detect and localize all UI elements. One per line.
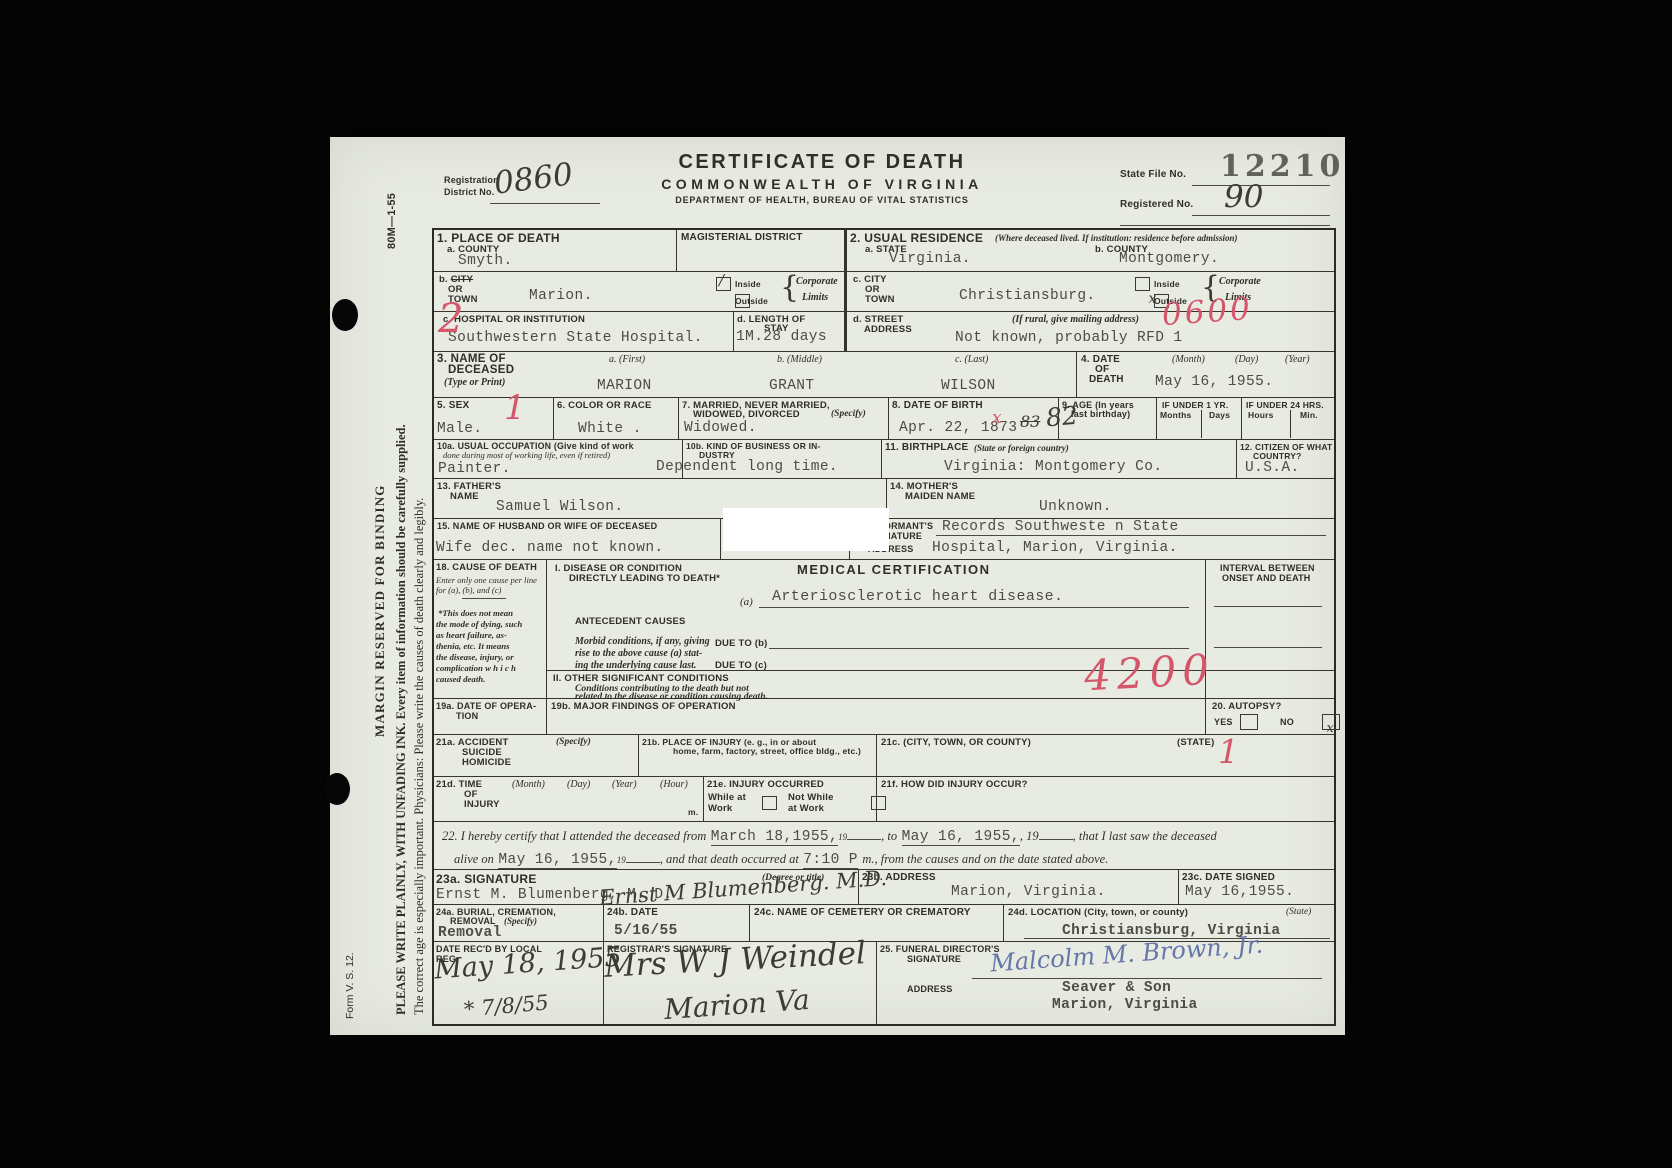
field-how-injury: 21f. HOW DID INJURY OCCUR?	[877, 777, 1334, 821]
injury-city-label: 21c. (CITY, TOWN, OR COUNTY)	[881, 737, 1031, 748]
registered-underline	[1192, 215, 1330, 216]
injury-occurred-label: 21e. INJURY OCCURRED	[707, 779, 824, 790]
commonwealth-subtitle: COMMONWEALTH OF VIRGINIA	[612, 176, 1032, 192]
marital-label-2: WIDOWED, DIVORCED	[693, 409, 800, 420]
age-label-2: last birthday)	[1071, 409, 1130, 419]
autopsy-yes-label: YES	[1214, 717, 1233, 727]
burial-specify: (Specify)	[504, 916, 537, 926]
certificate-page: 80M—1-55 MARGIN RESERVED FOR BINDING PLE…	[330, 137, 1345, 1035]
certify-seg-2: , to	[881, 829, 897, 843]
certify-seg-4: , that I last saw the deceased	[1073, 829, 1217, 843]
row-certify-statement: 22. I hereby certify that I attended the…	[434, 822, 1334, 870]
field-under-24hrs: IF UNDER 24 HRS. Hours Min.	[1242, 398, 1334, 439]
physician-address-value: Marion, Virginia.	[951, 884, 1106, 900]
physician-sig-label: 23a. SIGNATURE	[436, 872, 537, 886]
mother-value: Unknown.	[1039, 499, 1112, 515]
at-work-label: at Work	[788, 803, 824, 814]
how-injury-label: 21f. HOW DID INJURY OCCUR?	[881, 779, 1028, 790]
red-mark-street: 0600	[1161, 291, 1254, 333]
street-note: (If rural, give mailing address)	[1012, 314, 1139, 325]
occupation-label-2: done during most of working life, even i…	[443, 450, 610, 460]
cause-note-2f: complication w h i c h	[436, 663, 516, 673]
sex-value: Male.	[437, 421, 483, 437]
citizen-value: U.S.A.	[1245, 460, 1300, 476]
certify-from-date: March 18,1955,	[711, 829, 838, 846]
autopsy-label: 20. AUTOPSY?	[1212, 701, 1281, 712]
under1yr-days: Days	[1209, 410, 1230, 420]
name-title-2: DECEASED	[448, 364, 514, 376]
red-mark-sex: 1	[504, 388, 526, 428]
certify-time-value: 7:10 P	[803, 852, 858, 869]
row-name-date: 3. NAME OF DECEASED (Type or Print) a. (…	[434, 352, 1334, 398]
cause-note-2d: thenia, etc. It means	[436, 641, 510, 651]
row-time-of-injury: 21d. TIME OF INJURY (Month) (Day) (Year)…	[434, 777, 1334, 822]
injury-state-label: (STATE)	[1177, 737, 1214, 748]
work-label: Work	[708, 803, 732, 814]
name-title-3: (Type or Print)	[444, 377, 505, 388]
state-file-label: State File No.	[1120, 169, 1186, 180]
last-name-value: WILSON	[941, 378, 996, 394]
date-signed-label: 23c. DATE SIGNED	[1182, 872, 1275, 883]
certify-blank-b	[1039, 829, 1073, 840]
burial-value: Removal	[438, 925, 502, 941]
under1yr-label: IF UNDER 1 YR.	[1162, 400, 1228, 410]
occupation-value: Painter.	[438, 461, 511, 477]
field-burial-date: 24b. DATE 5/16/55	[604, 905, 750, 941]
sex-label: 5. SEX	[437, 400, 469, 411]
birthplace-label: 11. BIRTHPLACE	[885, 442, 968, 453]
cause-note-1a: Enter only one cause per line	[436, 575, 537, 585]
field-informant: 17. INFORMANT'S SIGNATURE Records Southw…	[850, 519, 1334, 559]
cause-note-2a: *This does not mean	[438, 608, 513, 618]
father-value: Samuel Wilson.	[496, 499, 623, 515]
title-block: CERTIFICATE OF DEATH COMMONWEALTH OF VIR…	[612, 151, 1032, 205]
field-sex: 5. SEX Male.	[434, 398, 554, 439]
accident-specify: (Specify)	[556, 737, 591, 747]
registered-number: 90	[1224, 179, 1263, 215]
cemetery-label: 24c. NAME OF CEMETERY OR CREMATORY	[754, 907, 971, 918]
cause-note-2g: caused death.	[436, 674, 485, 684]
dod-label-3: DEATH	[1089, 374, 1124, 385]
field-place-of-death: 1. PLACE OF DEATH a. COUNTY Smyth.	[434, 230, 677, 271]
industry-value: Dependent long time.	[656, 459, 838, 475]
red-mark-injury: 1	[1218, 732, 1239, 771]
field-residence-city: c. CITY OR TOWN Christiansburg. Inside x…	[847, 272, 1334, 311]
residence-inside-checkbox	[1135, 277, 1150, 291]
field-date-signed: 23c. DATE SIGNED May 16,1955.	[1179, 870, 1334, 904]
residence-town-label: TOWN	[865, 294, 895, 305]
field-place-of-injury: 21b. PLACE OF INJURY (e. g., in or about…	[639, 735, 877, 776]
field-death-city: b. CITY OR TOWN Marion. / Inside Outside…	[434, 272, 847, 311]
due-to-b-label: DUE TO (b)	[715, 638, 768, 649]
injury-month-label: (Month)	[512, 779, 545, 790]
interval-line-a	[1214, 606, 1322, 607]
field-spouse: 15. NAME OF HUSBAND OR WIFE OF DECEASED …	[434, 519, 721, 559]
cause-note-1b: for (a), (b), and (c)	[436, 585, 501, 595]
interval-divider	[1206, 670, 1334, 671]
cause-note-2c: as heart failure, as-	[436, 630, 507, 640]
field-injury-city: 21c. (CITY, TOWN, OR COUNTY) (STATE)	[877, 735, 1334, 776]
morbid-line-1: Morbid conditions, if any, giving	[575, 636, 710, 647]
injury-year-label: (Year)	[612, 779, 637, 790]
field-burial-location: 24d. LOCATION (City, town, or county) (S…	[1004, 905, 1334, 941]
cause-note-2b: the mode of dying, such	[436, 619, 522, 629]
death-city-value: Marion.	[529, 288, 593, 304]
dod-year-label: (Year)	[1285, 354, 1310, 365]
medical-certification-title: MEDICAL CERTIFICATION	[797, 562, 991, 577]
first-name-value: MARION	[597, 378, 652, 394]
spouse-value: Wife dec. name not known.	[436, 540, 664, 556]
residence-city-value: Christiansburg.	[959, 288, 1096, 304]
field-interval: INTERVAL BETWEEN ONSET AND DEATH	[1206, 560, 1334, 698]
inside-checkbox-checked: /	[716, 277, 731, 291]
stay-value: 1M.28 days	[736, 329, 827, 345]
field-marital-status: 7. MARRIED, NEVER MARRIED, WIDOWED, DIVO…	[679, 398, 889, 439]
margin-instruction-line1: PLEASE WRITE PLAINLY, WITH UNFADING INK.…	[394, 424, 409, 1015]
field-name-label: 3. NAME OF DECEASED (Type or Print)	[434, 352, 549, 397]
while-at-work-checkbox	[762, 796, 777, 810]
autopsy-no-checkbox: x	[1322, 714, 1340, 730]
residence-corporate-label: Corporate	[1219, 276, 1261, 287]
cause-a-line	[759, 607, 1189, 608]
burial-location-label: 24d. LOCATION (City, town, or county)	[1008, 907, 1188, 918]
accident-label-3: HOMICIDE	[462, 757, 511, 768]
cause-note-2e: the disease, injury, or	[436, 652, 514, 662]
under1yr-months: Months	[1160, 410, 1191, 420]
under1yr-divider	[1201, 410, 1202, 438]
registered-label: Registered No.	[1120, 199, 1193, 210]
hospital-label: c. HOSPITAL OR INSTITUTION	[443, 314, 585, 325]
autopsy-no-label: NO	[1280, 717, 1294, 727]
birthplace-value: Virginia: Montgomery Co.	[944, 459, 1162, 475]
scan-background: 80M—1-55 MARGIN RESERVED FOR BINDING PLE…	[0, 0, 1672, 1168]
marital-specify: (Specify)	[831, 409, 866, 419]
race-label: 6. COLOR OR RACE	[557, 400, 652, 411]
field-injury-occurred: 21e. INJURY OCCURRED While at Work Not W…	[704, 777, 877, 821]
form-number: Form V. S. 12.	[344, 952, 356, 1019]
field-mother: 14. MOTHER'S MAIDEN NAME Unknown.	[887, 479, 1334, 518]
field-occupation: 10a. USUAL OCCUPATION (Give kind of work…	[434, 440, 683, 478]
redaction-box	[723, 508, 889, 551]
informant-address-value: Hospital, Marion, Virginia.	[932, 540, 1178, 556]
certificate-header: Registration District No. 0860 CERTIFICA…	[432, 147, 1332, 225]
informant-value: Records Southweste n State	[942, 519, 1179, 535]
age-value: 82	[1045, 401, 1079, 433]
registration-label-1: Registration	[444, 175, 499, 185]
corporate-label: Corporate	[796, 276, 838, 287]
funeral-address-label: ADDRESS	[907, 984, 952, 994]
dod-month-label: (Month)	[1172, 354, 1205, 365]
hospital-value: Southwestern State Hospital.	[448, 330, 703, 346]
red-mark-hospital: 2	[438, 296, 463, 342]
funeral-address-1: Seaver & Son	[1062, 980, 1171, 996]
usual-residence-note: (Where deceased lived. If institution: r…	[995, 233, 1237, 243]
inside-label: Inside	[735, 279, 761, 289]
certify-19-b: 19	[617, 855, 626, 865]
certificate-form: 1. PLACE OF DEATH a. COUNTY Smyth. MAGIS…	[432, 228, 1336, 1026]
funeral-label-2: SIGNATURE	[907, 954, 961, 964]
injury-hour-label: (Hour)	[660, 779, 688, 790]
row-operation-autopsy: 19a. DATE OF OPERA- TION 19b. MAJOR FIND…	[434, 699, 1334, 735]
residence-county-value: Montgomery.	[1119, 251, 1219, 267]
certificate-title: CERTIFICATE OF DEATH	[612, 151, 1032, 174]
certify-seg-1: 22. I hereby certify that I attended the…	[442, 829, 706, 843]
certify-blank-a	[847, 829, 881, 840]
field-last-name: c. (Last) WILSON	[889, 352, 1077, 397]
certify-blank-c	[626, 852, 660, 863]
row-place-residence: 1. PLACE OF DEATH a. COUNTY Smyth. MAGIS…	[434, 230, 1334, 272]
red-mark-age-x: x	[992, 408, 1002, 428]
cause-label: 18. CAUSE OF DEATH	[436, 562, 537, 572]
field-cemetery: 24c. NAME OF CEMETERY OR CREMATORY	[750, 905, 1004, 941]
spouse-label: 15. NAME OF HUSBAND OR WIFE OF DECEASED	[437, 521, 657, 531]
registration-underline	[490, 203, 600, 204]
under24-min: Min.	[1300, 410, 1318, 420]
marital-value: Widowed.	[684, 420, 757, 436]
age-crossed-value: 83	[1020, 412, 1040, 431]
certify-19-a: 19	[838, 832, 847, 842]
injury-day-label: (Day)	[567, 779, 590, 790]
county-value: Smyth.	[458, 253, 513, 269]
street-value: Not known, probably RFD 1	[955, 330, 1183, 346]
dob-label: 8. DATE OF BIRTH	[892, 400, 983, 411]
hole-punch-bottom	[324, 773, 350, 805]
inside-check-mark: /	[719, 271, 724, 289]
magisterial-district-label: MAGISTERIAL DISTRICT	[681, 232, 803, 243]
field-hospital: c. HOSPITAL OR INSTITUTION Southwestern …	[434, 312, 734, 351]
field-date-of-operation: 19a. DATE OF OPERA- TION	[434, 699, 547, 734]
funeral-sig-line	[972, 978, 1322, 979]
margin-instruction-line2: The correct age is especially important.…	[412, 498, 427, 1015]
row-demographics: 5. SEX Male. 6. COLOR OR RACE White . 7.…	[434, 398, 1334, 440]
row-accident: 21a. ACCIDENT SUICIDE HOMICIDE (Specify)…	[434, 735, 1334, 777]
autopsy-yes-checkbox	[1240, 714, 1258, 730]
under24-label: IF UNDER 24 HRS.	[1246, 400, 1324, 410]
middle-name-value: GRANT	[769, 378, 815, 394]
injury-time-label-3: INJURY	[464, 799, 500, 810]
cause-a-tag: (a)	[740, 596, 753, 608]
middle-name-label: b. (Middle)	[777, 354, 822, 365]
field-under-1yr: IF UNDER 1 YR. Months Days	[1157, 398, 1242, 439]
field-time-of-injury: 21d. TIME OF INJURY (Month) (Day) (Year)…	[434, 777, 704, 821]
field-color-race: 6. COLOR OR RACE White .	[554, 398, 679, 439]
interval-label-1: INTERVAL BETWEEN	[1220, 563, 1315, 573]
certify-seg-7: m., from the causes and on the date stat…	[862, 852, 1108, 866]
funeral-label-1: 25. FUNERAL DIRECTOR'S	[880, 944, 1000, 954]
under24-hours: Hours	[1248, 410, 1274, 420]
field-middle-name: b. (Middle) GRANT	[719, 352, 889, 397]
registration-label-2: District No.	[444, 187, 494, 197]
burial-state-label: (State)	[1286, 907, 1311, 917]
field-length-of-stay: d. LENGTH OF STAY 1M.28 days	[734, 312, 847, 351]
registered-underline-2	[1120, 225, 1330, 226]
hole-punch-top	[332, 299, 358, 331]
residence-inside-label: Inside	[1154, 279, 1180, 289]
informant-sig-line	[936, 535, 1326, 536]
certify-to-date: May 16, 1955,	[902, 829, 1020, 846]
certify-seg-5: alive on	[454, 852, 494, 866]
field-physician-address: 23b. ADDRESS Marion, Virginia.	[859, 870, 1179, 904]
birthplace-note: (State or foreign country)	[974, 443, 1069, 453]
last-name-label: c. (Last)	[955, 354, 988, 365]
cause-note-divider	[462, 598, 506, 599]
field-autopsy: 20. AUTOPSY? YES NO x	[1206, 699, 1334, 734]
department-line: DEPARTMENT OF HEALTH, BUREAU OF VITAL ST…	[612, 195, 1032, 205]
antecedent-label: ANTECEDENT CAUSES	[575, 616, 686, 627]
interval-label-2: ONSET AND DEATH	[1222, 573, 1311, 583]
row-occupation-birthplace: 10a. USUAL OCCUPATION (Give kind of work…	[434, 440, 1334, 479]
outside-label: Outside	[735, 296, 768, 306]
field-accident-suicide: 21a. ACCIDENT SUICIDE HOMICIDE (Specify)	[434, 735, 639, 776]
street-label-2: ADDRESS	[864, 324, 912, 335]
not-while-label: Not While	[788, 792, 834, 803]
usual-residence-title: 2. USUAL RESIDENCE	[850, 231, 983, 245]
certify-seg-6: , and that death occurred at	[660, 852, 799, 866]
field-certify-statement: 22. I hereby certify that I attended the…	[434, 822, 1334, 869]
while-at-label: While at	[708, 792, 746, 803]
cause-a-value: Arteriosclerotic heart disease.	[772, 588, 1063, 605]
limits-label: Limits	[802, 292, 828, 303]
margin-reserved-note: MARGIN RESERVED FOR BINDING	[372, 484, 388, 737]
field-date-of-death: 4. DATE OF DEATH (Month) (Day) (Year) Ma…	[1077, 352, 1334, 397]
field-first-name: a. (First) MARION	[549, 352, 719, 397]
field-cause-of-death: 18. CAUSE OF DEATH Enter only one cause …	[434, 560, 547, 698]
residence-state-value: Virginia.	[889, 251, 971, 267]
dod-value: May 16, 1955.	[1155, 374, 1273, 390]
field-major-findings: 19b. MAJOR FINDINGS OF OPERATION	[547, 699, 1206, 734]
disease-label-2: DIRECTLY LEADING TO DEATH*	[569, 573, 720, 584]
under24-divider	[1290, 410, 1291, 438]
operation-label-1: 19a. DATE OF OPERA-	[436, 701, 536, 711]
injury-place-label-2: home, farm, factory, street, office bldg…	[673, 746, 861, 756]
certify-seg-3: , 19	[1020, 829, 1039, 843]
field-usual-residence: 2. USUAL RESIDENCE (Where deceased lived…	[847, 230, 1334, 271]
dod-day-label: (Day)	[1235, 354, 1258, 365]
registration-district-number: 0860	[492, 156, 575, 201]
date-signed-value: May 16,1955.	[1185, 884, 1294, 900]
race-value: White .	[578, 421, 642, 437]
burial-date-value: 5/16/55	[614, 923, 678, 939]
interval-line-b	[1214, 647, 1322, 648]
field-street-address: d. STREET ADDRESS (If rural, give mailin…	[847, 312, 1334, 351]
findings-label: 19b. MAJOR FINDINGS OF OPERATION	[551, 701, 736, 712]
field-burial-type: 24a. BURIAL, CREMATION, REMOVAL (Specify…	[434, 905, 604, 941]
morbid-line-2: rise to the above cause (a) stat-	[575, 648, 702, 659]
first-name-label: a. (First)	[609, 354, 645, 365]
mother-label-2: MAIDEN NAME	[905, 491, 975, 502]
certify-alive-date: May 16, 1955,	[498, 852, 616, 869]
autopsy-no-mark: x	[1326, 721, 1333, 736]
field-citizen: 12. CITIZEN OF WHAT COUNTRY? U.S.A.	[1237, 440, 1334, 478]
operation-label-2: TION	[456, 711, 478, 721]
funeral-address-2: Marion, Virginia	[1052, 997, 1198, 1013]
form-stock-number: 80M—1-55	[386, 193, 398, 249]
red-mark-4200: 4200	[1083, 645, 1216, 701]
field-birthplace: 11. BIRTHPLACE (State or foreign country…	[882, 440, 1237, 478]
injury-m-label: m.	[688, 807, 698, 817]
father-label-2: NAME	[450, 491, 479, 502]
place-of-death-title: 1. PLACE OF DEATH	[437, 231, 560, 245]
field-magisterial-district: MAGISTERIAL DISTRICT	[677, 230, 847, 271]
